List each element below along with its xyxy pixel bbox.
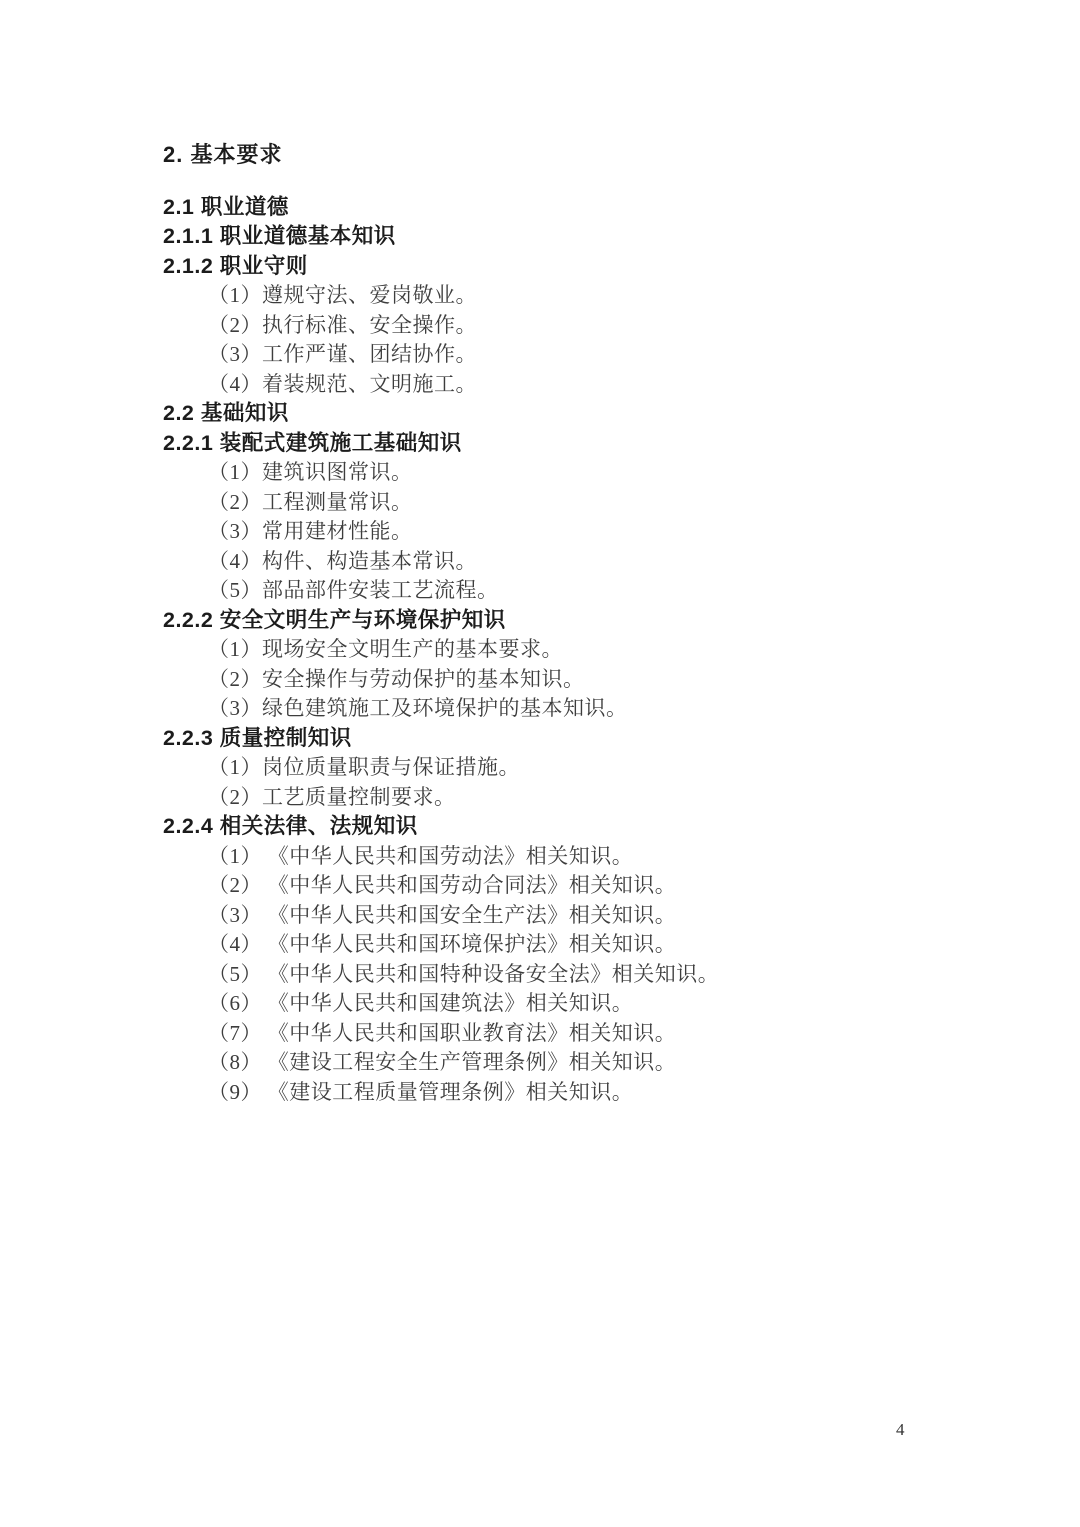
- list-item: （2）工程测量常识。: [163, 488, 953, 518]
- page-number: 4: [896, 1420, 905, 1440]
- chapter-heading: 2. 基本要求: [163, 140, 953, 170]
- list-item: （5）部品部件安装工艺流程。: [163, 576, 953, 606]
- list-item: （4）构件、构造基本常识。: [163, 547, 953, 577]
- list-item: （1） 《中华人民共和国劳动法》相关知识。: [163, 842, 953, 872]
- list-item: （2）执行标准、安全操作。: [163, 311, 953, 341]
- list-item: （1）岗位质量职责与保证措施。: [163, 753, 953, 783]
- section-heading: 2.2.3 质量控制知识: [163, 724, 953, 754]
- section-heading: 2.1 职业道德: [163, 193, 953, 223]
- list-item: （4） 《中华人民共和国环境保护法》相关知识。: [163, 930, 953, 960]
- list-item: （3） 《中华人民共和国安全生产法》相关知识。: [163, 901, 953, 931]
- section-heading: 2.1.2 职业守则: [163, 252, 953, 282]
- list-item: （1）建筑识图常识。: [163, 458, 953, 488]
- document-body: 2. 基本要求2.1 职业道德2.1.1 职业道德基本知识2.1.2 职业守则（…: [163, 140, 953, 1107]
- section-heading: 2.2.4 相关法律、法规知识: [163, 812, 953, 842]
- list-item: （5） 《中华人民共和国特种设备安全法》相关知识。: [163, 960, 953, 990]
- list-item: （1）现场安全文明生产的基本要求。: [163, 635, 953, 665]
- list-item: （2）工艺质量控制要求。: [163, 783, 953, 813]
- section-heading: 2.2.2 安全文明生产与环境保护知识: [163, 606, 953, 636]
- document-page: 2. 基本要求2.1 职业道德2.1.1 职业道德基本知识2.1.2 职业守则（…: [0, 0, 1080, 1527]
- list-item: （3）常用建材性能。: [163, 517, 953, 547]
- section-heading: 2.2 基础知识: [163, 399, 953, 429]
- list-item: （6） 《中华人民共和国建筑法》相关知识。: [163, 989, 953, 1019]
- list-item: （3）绿色建筑施工及环境保护的基本知识。: [163, 694, 953, 724]
- list-item: （1）遵规守法、爱岗敬业。: [163, 281, 953, 311]
- list-item: （3）工作严谨、团结协作。: [163, 340, 953, 370]
- list-item: （9） 《建设工程质量管理条例》相关知识。: [163, 1078, 953, 1108]
- list-item: （4）着装规范、文明施工。: [163, 370, 953, 400]
- section-heading: 2.2.1 装配式建筑施工基础知识: [163, 429, 953, 459]
- section-heading: 2.1.1 职业道德基本知识: [163, 222, 953, 252]
- list-item: （8） 《建设工程安全生产管理条例》相关知识。: [163, 1048, 953, 1078]
- list-item: （2）安全操作与劳动保护的基本知识。: [163, 665, 953, 695]
- list-item: （2） 《中华人民共和国劳动合同法》相关知识。: [163, 871, 953, 901]
- list-item: （7） 《中华人民共和国职业教育法》相关知识。: [163, 1019, 953, 1049]
